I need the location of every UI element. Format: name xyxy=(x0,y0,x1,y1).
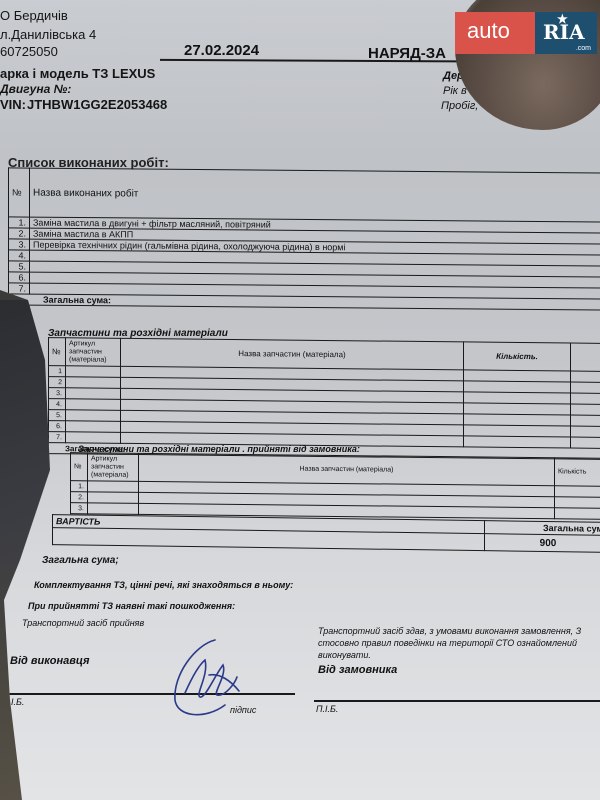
customer-signature-line xyxy=(314,700,600,702)
field-year: Рік в xyxy=(443,85,467,97)
parts-table: № Артикул запчастин (матеріала) Назва за… xyxy=(48,337,600,460)
field-mileage: Пробіг, xyxy=(441,100,478,112)
damages-note: При прийнятті ТЗ наявні такі пошкодження… xyxy=(28,601,235,611)
document-title: НАРЯД-ЗА xyxy=(368,45,446,62)
handover-line-2: стосовно правил поведінки на території С… xyxy=(318,638,577,648)
accepted-note: Транспортний засіб прийняв xyxy=(22,618,144,628)
customer-parts-table: № Артикул запчастин (матеріала) Назва за… xyxy=(70,452,600,520)
order-date: 27.02.2024 xyxy=(184,42,259,59)
works-table: № Назва виконаних робіт 1.Заміна мастила… xyxy=(8,167,600,310)
handwritten-signature xyxy=(165,635,245,720)
engine-label: Двигуна №: xyxy=(0,82,71,96)
company-phone: 60725050 xyxy=(0,44,58,59)
customer-label: Від замовника xyxy=(318,664,397,676)
customer-name-label: П.І.Б. xyxy=(316,704,338,714)
handover-line-3: виконувати. xyxy=(318,650,371,660)
watermark-ria: ★ RIA .com xyxy=(535,12,597,54)
star-icon: ★ xyxy=(557,12,568,26)
autoria-watermark: auto ★ RIA .com xyxy=(455,12,597,54)
works-col-no: № xyxy=(9,168,30,217)
make-model-label: арка і модель ТЗ xyxy=(0,66,108,81)
cost-total-value: 900 xyxy=(485,534,600,553)
company-address: л.Данилівська 4 xyxy=(0,27,96,42)
watermark-auto: auto xyxy=(455,12,535,54)
vin-label: VIN: xyxy=(0,97,26,112)
equipment-note: Комплектування ТЗ, цінні речі, які знахо… xyxy=(34,580,293,590)
works-col-name: Назва виконаних робіт xyxy=(30,168,600,222)
cost-total-label: Загальна сума; xyxy=(42,555,119,566)
make-model-value: LEXUS xyxy=(112,66,155,81)
company-name: О Бердичів xyxy=(0,8,68,23)
executor-label: Від виконавця xyxy=(10,655,90,667)
vin-value: JTHBW1GG2E2053468 xyxy=(27,97,167,112)
cost-table: ВАРТІСТЬ Загальна сума 900 xyxy=(52,514,600,553)
handover-line-1: Транспортний засіб здав, з умовами викон… xyxy=(318,626,581,636)
executor-signature-line xyxy=(0,693,295,695)
